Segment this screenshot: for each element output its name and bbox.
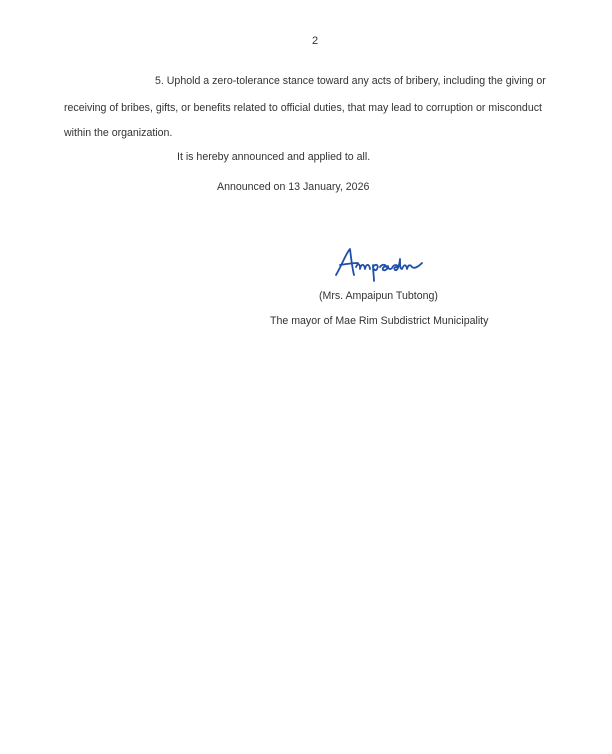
signature-icon xyxy=(330,245,430,285)
page-number: 2 xyxy=(312,36,318,47)
announcement-text: It is hereby announced and applied to al… xyxy=(177,152,370,163)
clause-line: within the organization. xyxy=(64,128,172,139)
announcement-date: Announced on 13 January, 2026 xyxy=(217,182,369,193)
clause-line: receiving of bribes, gifts, or benefits … xyxy=(64,103,542,114)
signer-name: (Mrs. Ampaipun Tubtong) xyxy=(319,291,438,302)
signer-title: The mayor of Mae Rim Subdistrict Municip… xyxy=(270,316,488,327)
clause-line: 5. Uphold a zero-tolerance stance toward… xyxy=(155,76,546,87)
